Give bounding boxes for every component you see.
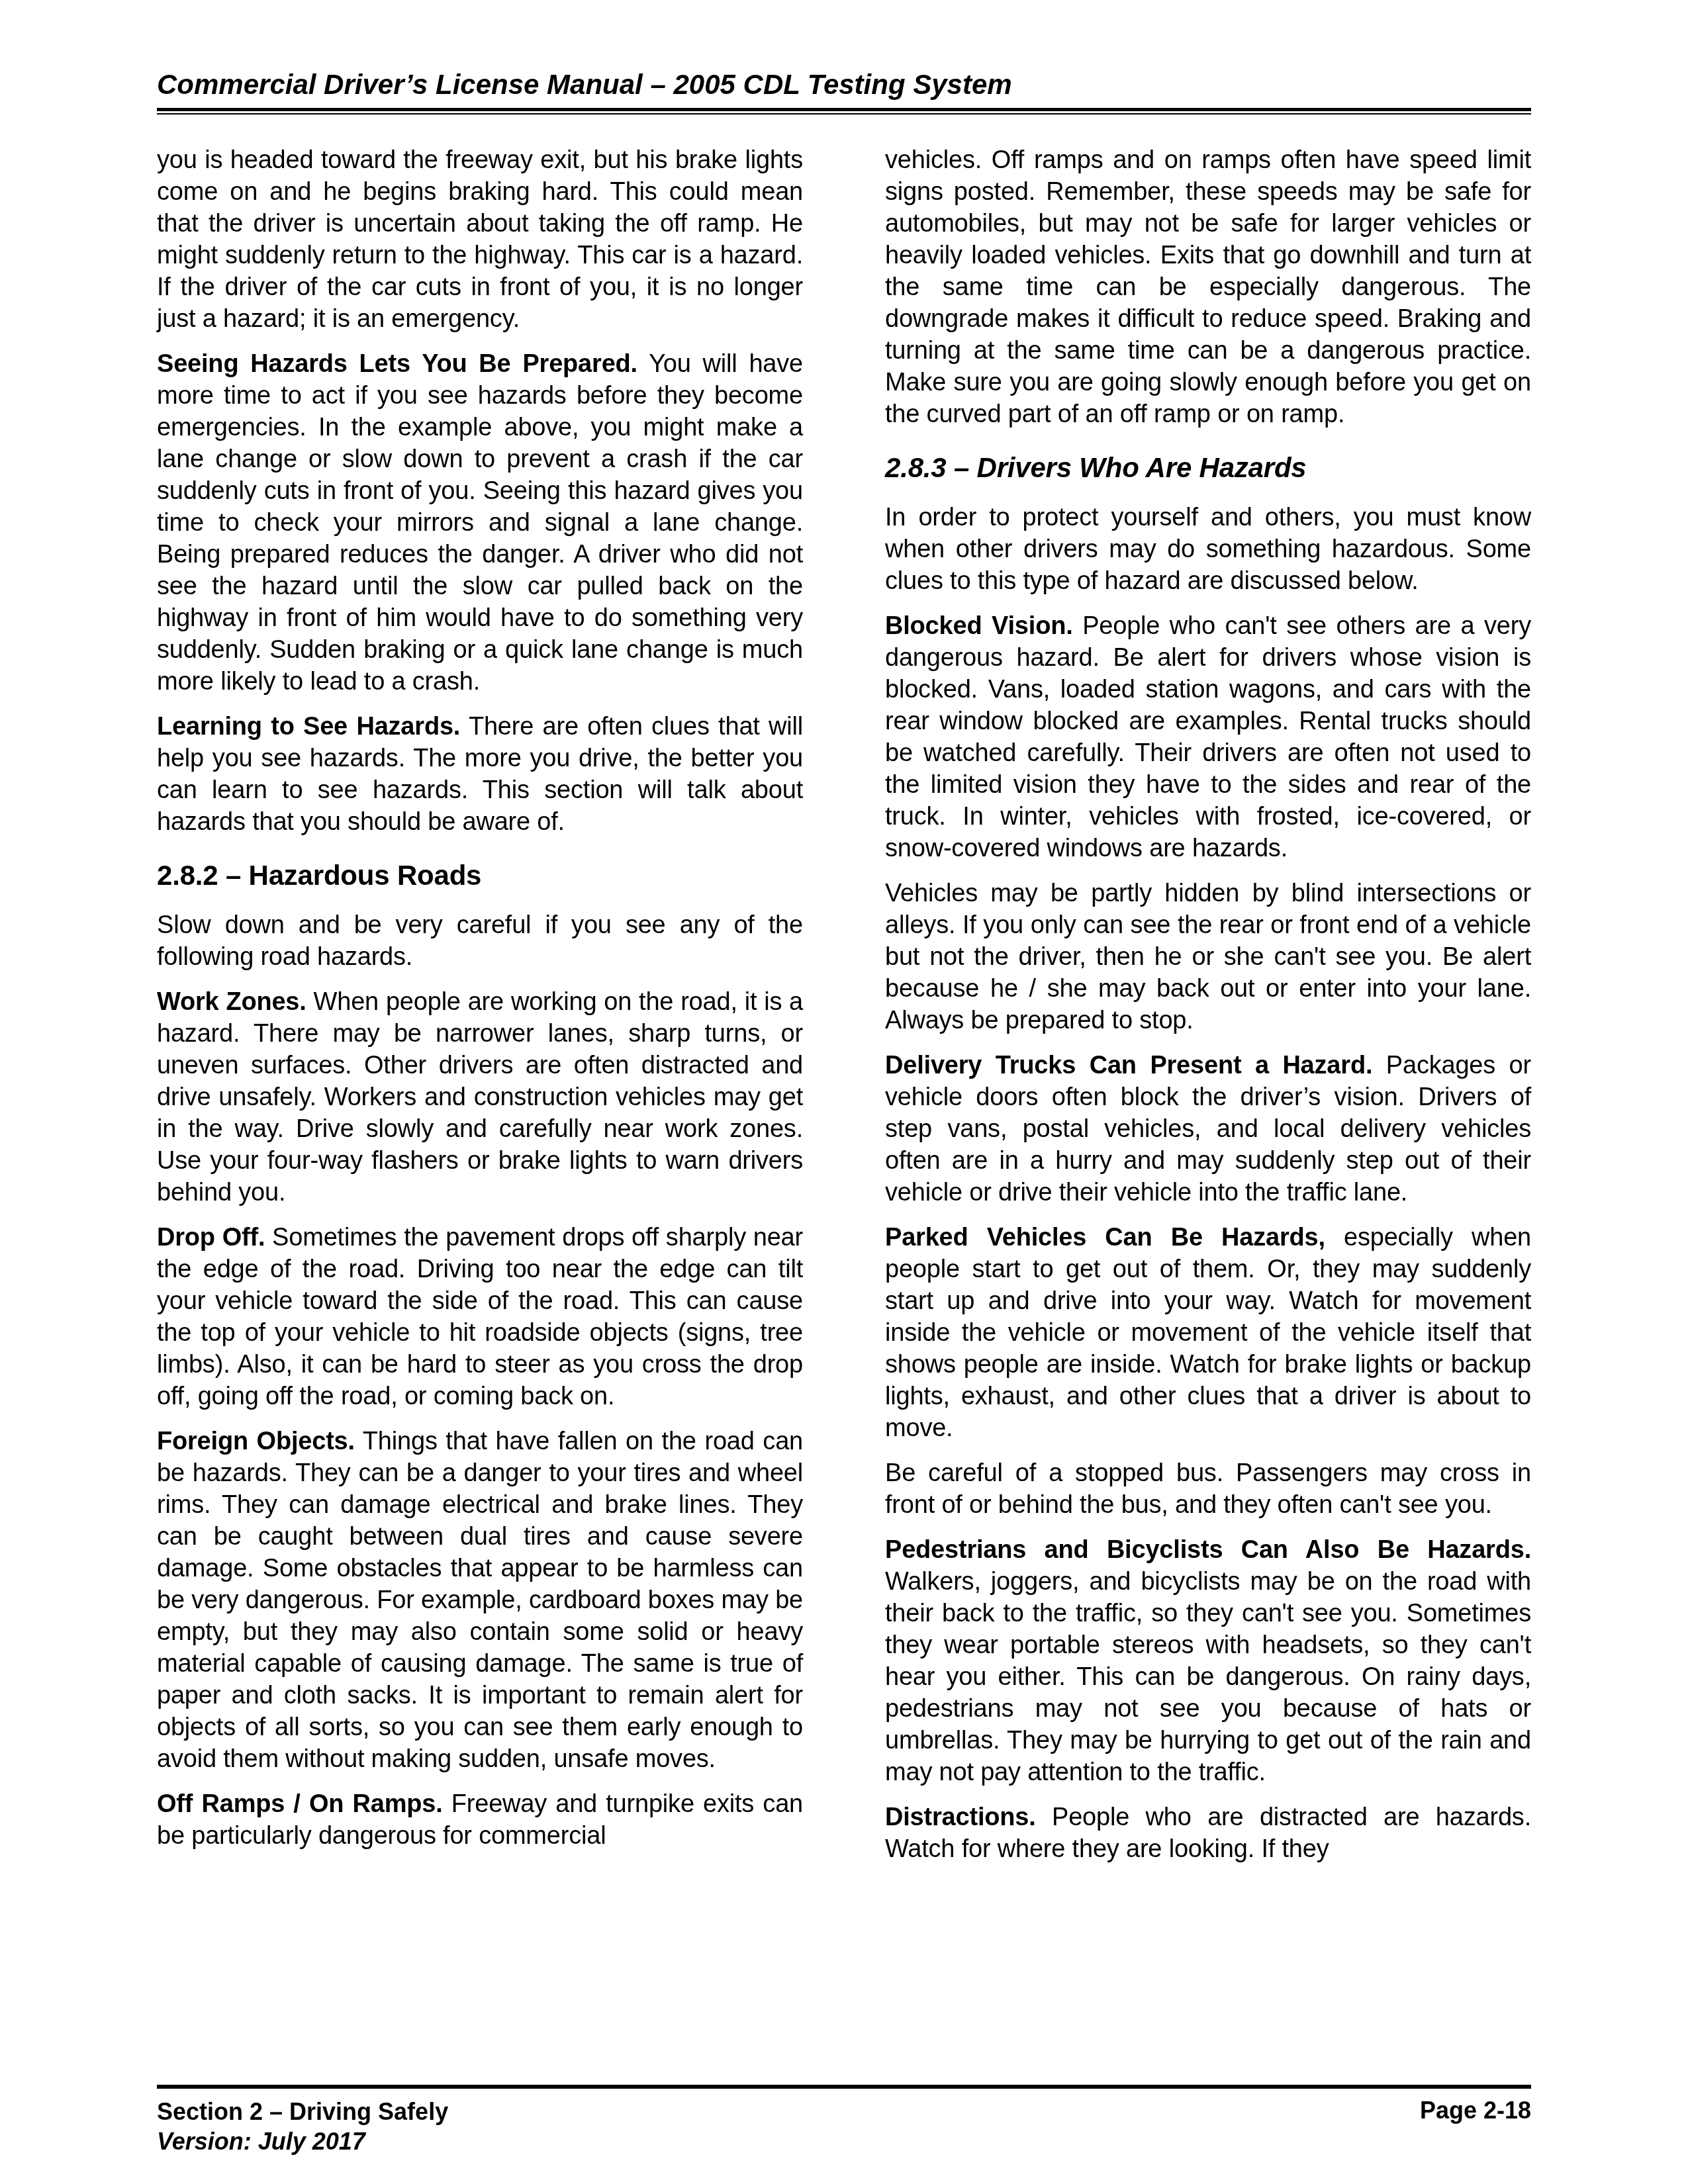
run-in-head: Work Zones. xyxy=(157,988,306,1016)
para-off-ramps-cont: vehicles. Off ramps and on ramps often h… xyxy=(885,144,1531,430)
heading-2-8-2: 2.8.2 – Hazardous Roads xyxy=(157,859,803,892)
para-hidden-vehicles: Vehicles may be partly hidden by blind i… xyxy=(885,878,1531,1036)
header-rule xyxy=(157,108,1531,114)
footer-page-number: Page 2-18 xyxy=(1420,2097,1531,2124)
para-text: Be careful of a stopped bus. Passengers … xyxy=(885,1459,1531,1519)
footer-section-label: Section 2 – Driving Safely xyxy=(157,2097,448,2126)
run-in-head: Learning to See Hazards. xyxy=(157,713,460,741)
run-in-head: Off Ramps / On Ramps. xyxy=(157,1790,443,1818)
run-in-head: Pedestrians and Bicyclists Can Also Be H… xyxy=(885,1536,1531,1564)
run-in-head: Distractions. xyxy=(885,1803,1036,1831)
para-text: you is headed toward the freeway exit, b… xyxy=(157,146,803,333)
run-in-head: Seeing Hazards Lets You Be Prepared. xyxy=(157,350,637,378)
para-text: People who can't see others are a very d… xyxy=(885,612,1531,862)
para-off-ramps: Off Ramps / On Ramps. Freeway and turnpi… xyxy=(157,1788,803,1852)
para-blocked-vision: Blocked Vision. People who can't see oth… xyxy=(885,610,1531,864)
para-stopped-bus: Be careful of a stopped bus. Passengers … xyxy=(885,1457,1531,1521)
run-in-head: Parked Vehicles Can Be Hazards, xyxy=(885,1224,1325,1251)
document-page: Commercial Driver’s License Manual – 200… xyxy=(0,0,1688,2184)
heading-2-8-3: 2.8.3 – Drivers Who Are Hazards xyxy=(885,451,1531,484)
para-protect-yourself: In order to protect yourself and others,… xyxy=(885,502,1531,597)
column-right: vehicles. Off ramps and on ramps often h… xyxy=(885,144,1531,1878)
para-work-zones: Work Zones. When people are working on t… xyxy=(157,986,803,1208)
para-distractions: Distractions. People who are distracted … xyxy=(885,1801,1531,1865)
para-text: In order to protect yourself and others,… xyxy=(885,504,1531,595)
header-rule-thick xyxy=(157,108,1531,111)
run-in-head: Foreign Objects. xyxy=(157,1428,355,1455)
para-text: Walkers, joggers, and bicyclists may be … xyxy=(885,1568,1531,1786)
header-rule-thin xyxy=(157,113,1531,114)
para-drop-off: Drop Off. Sometimes the pavement drops o… xyxy=(157,1222,803,1412)
header-title: Commercial Driver’s License Manual – 200… xyxy=(157,69,1012,101)
para-text: Sometimes the pavement drops off sharply… xyxy=(157,1224,803,1410)
para-slow-down: Slow down and be very careful if you see… xyxy=(157,909,803,973)
footer-rule xyxy=(157,2085,1531,2089)
para-learning-to-see-hazards: Learning to See Hazards. There are often… xyxy=(157,711,803,838)
para-freeway-exit-cont: you is headed toward the freeway exit, b… xyxy=(157,144,803,335)
para-text: Things that have fallen on the road can … xyxy=(157,1428,803,1773)
para-text: Slow down and be very careful if you see… xyxy=(157,911,803,971)
para-parked-vehicles: Parked Vehicles Can Be Hazards, especial… xyxy=(885,1222,1531,1444)
run-in-head: Blocked Vision. xyxy=(885,612,1073,640)
para-text: especially when people start to get out … xyxy=(885,1224,1531,1442)
run-in-head: Delivery Trucks Can Present a Hazard. xyxy=(885,1052,1372,1079)
footer-version-label: Version: July 2017 xyxy=(157,2126,448,2156)
para-text: When people are working on the road, it … xyxy=(157,988,803,1206)
footer-left: Section 2 – Driving Safely Version: July… xyxy=(157,2097,448,2156)
column-left: you is headed toward the freeway exit, b… xyxy=(157,144,803,1865)
para-seeing-hazards: Seeing Hazards Lets You Be Prepared. You… xyxy=(157,348,803,698)
para-text: vehicles. Off ramps and on ramps often h… xyxy=(885,146,1531,428)
para-delivery-trucks: Delivery Trucks Can Present a Hazard. Pa… xyxy=(885,1050,1531,1208)
para-text: Vehicles may be partly hidden by blind i… xyxy=(885,880,1531,1034)
run-in-head: Drop Off. xyxy=(157,1224,265,1251)
para-text: You will have more time to act if you se… xyxy=(157,350,803,696)
para-pedestrians-bicyclists: Pedestrians and Bicyclists Can Also Be H… xyxy=(885,1534,1531,1788)
para-foreign-objects: Foreign Objects. Things that have fallen… xyxy=(157,1426,803,1775)
